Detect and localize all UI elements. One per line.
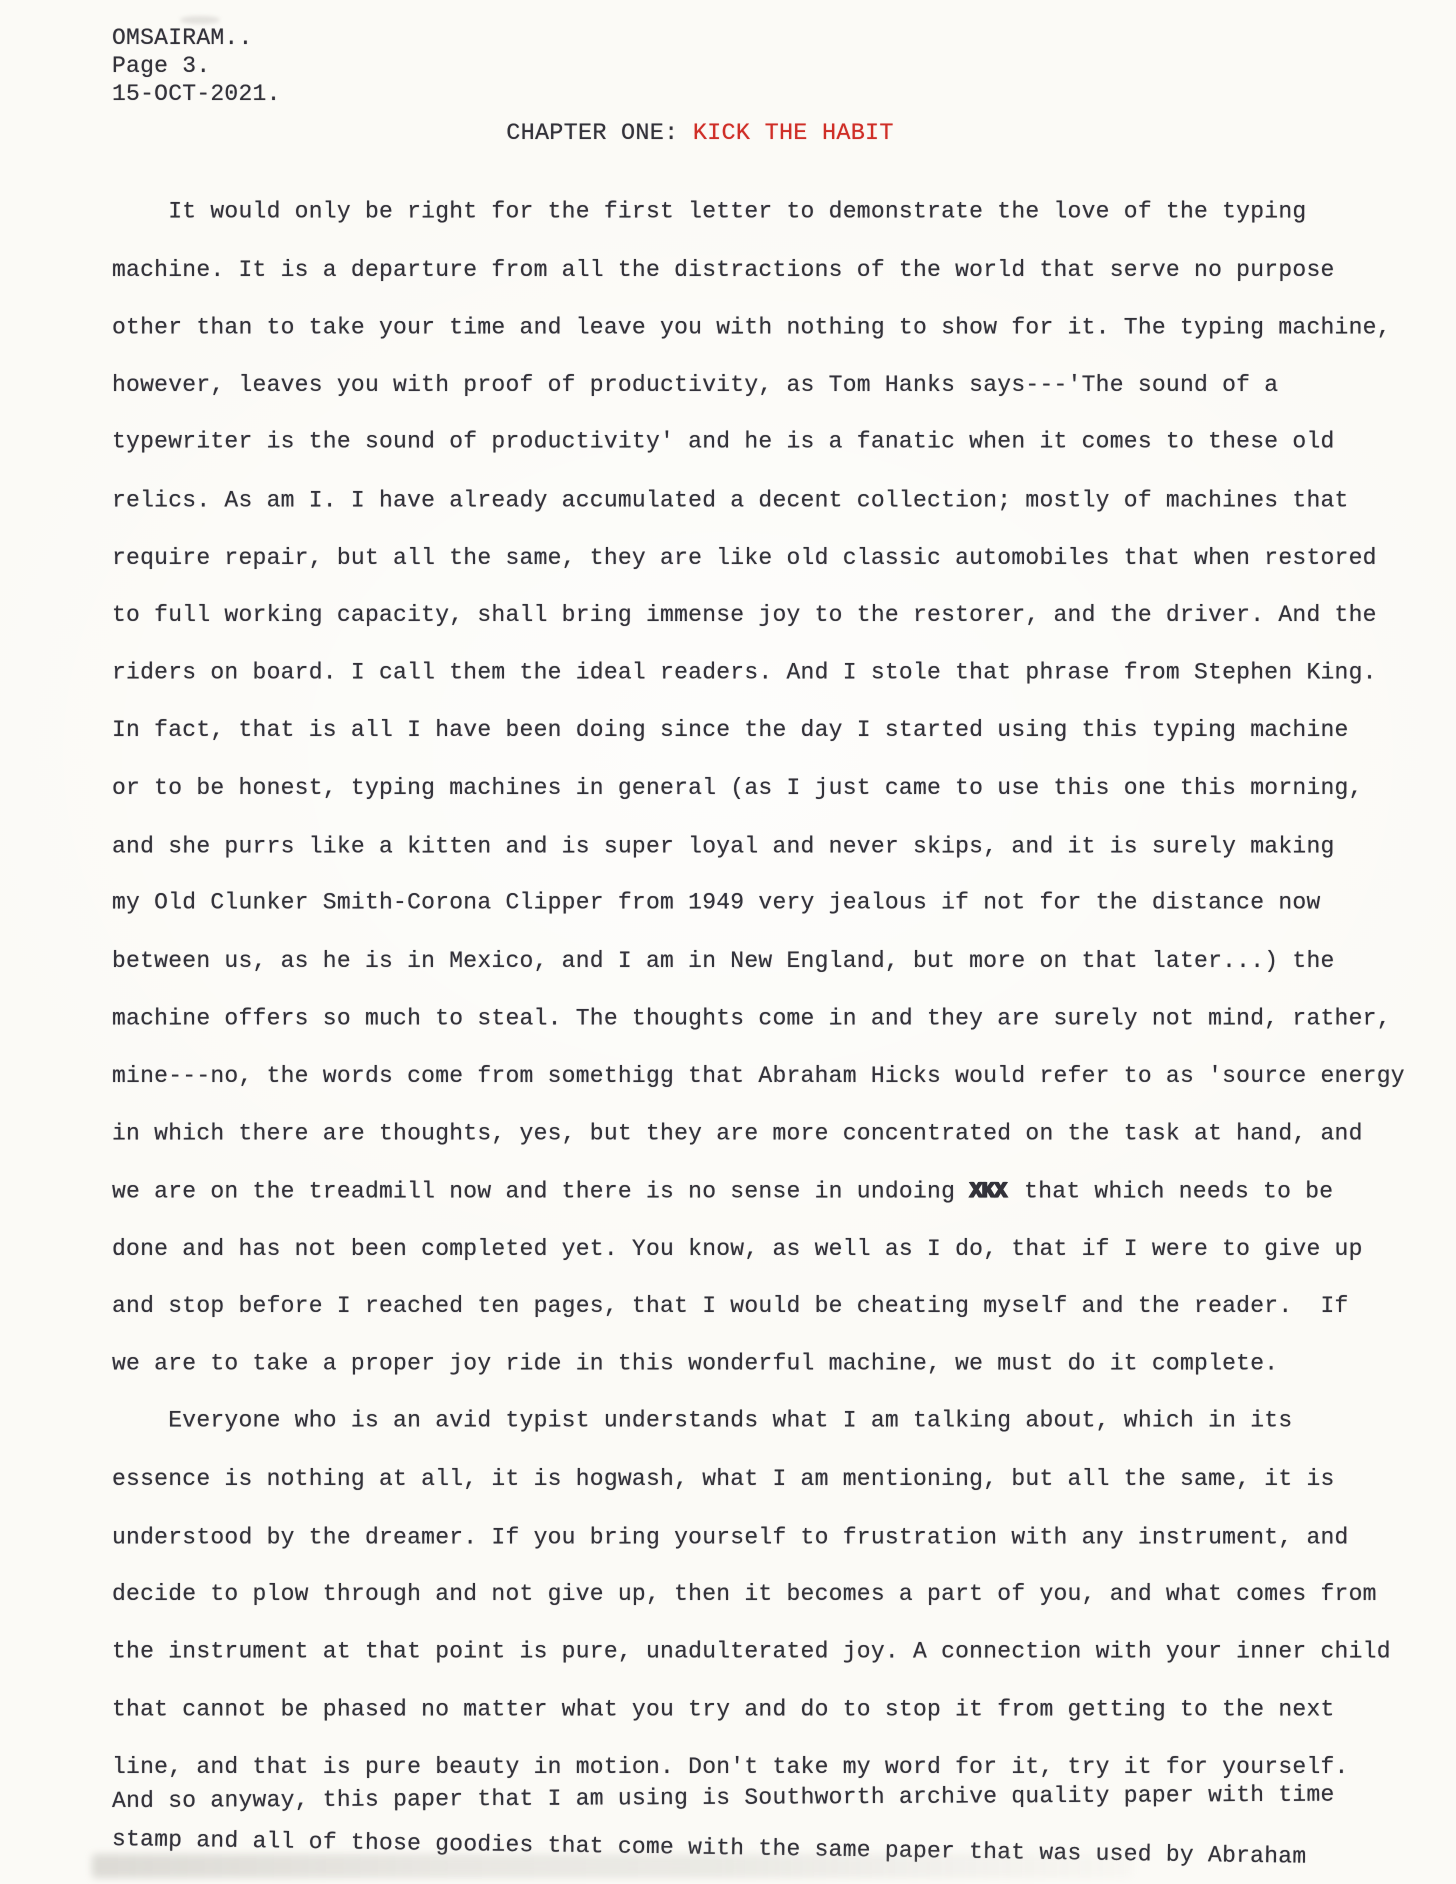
body-text: It would only be right for the first let…: [112, 184, 1405, 1797]
closing-paragraph: And so anyway, this paper that I am usin…: [112, 1782, 1335, 1860]
text-line: essence is nothing at all, it is hogwash…: [112, 1451, 1405, 1509]
overstruck-text: XKX: [969, 1179, 1010, 1205]
text-line: or to be honest, typing machines in gene…: [112, 760, 1405, 818]
text-line: and she purrs like a kitten and is super…: [112, 818, 1405, 876]
text-line: require repair, but all the same, they a…: [112, 530, 1405, 588]
header-page-number: Page 3.: [112, 52, 281, 80]
text-line: however, leaves you with proof of produc…: [112, 357, 1405, 415]
chapter-heading-prefix: CHAPTER ONE:: [506, 120, 693, 147]
text-line: decide to plow through and not give up, …: [112, 1566, 1405, 1624]
text-line: done and has not been completed yet. You…: [112, 1221, 1405, 1279]
text-line: the instrument at that point is pure, un…: [112, 1623, 1405, 1681]
text-line: we are to take a proper joy ride in this…: [112, 1335, 1405, 1393]
text-line: my Old Clunker Smith-Corona Clipper from…: [112, 875, 1405, 933]
text-line: we are on the treadmill now and there is…: [112, 1164, 1405, 1222]
text-line: to full working capacity, shall bring im…: [112, 587, 1405, 645]
header-title: OMSAIRAM..: [112, 24, 281, 52]
scanned-typewriter-page: { "document": { "header": { "title_line"…: [0, 0, 1456, 1884]
text-line: typewriter is the sound of productivity'…: [112, 414, 1405, 472]
text-line: relics. As am I. I have already accumula…: [112, 472, 1405, 530]
text-line: It would only be right for the first let…: [112, 184, 1405, 242]
text-line: other than to take your time and leave y…: [112, 300, 1405, 358]
text-line: in which there are thoughts, yes, but th…: [112, 1105, 1405, 1163]
scanner-smudge-band: [92, 1854, 1132, 1878]
text-line: And so anyway, this paper that I am usin…: [112, 1776, 1335, 1821]
text-line: machine. It is a departure from all the …: [112, 242, 1405, 300]
page-header: OMSAIRAM.. Page 3. 15-OCT-2021.: [112, 24, 281, 108]
text-line: machine offers so much to steal. The tho…: [112, 991, 1405, 1049]
text-line: and stop before I reached ten pages, tha…: [112, 1278, 1405, 1336]
text-line: mine---no, the words come from somethigg…: [112, 1048, 1405, 1106]
text-line: In fact, that is all I have been doing s…: [112, 702, 1405, 760]
text-line: between us, as he is in Mexico, and I am…: [112, 933, 1405, 991]
scan-speck: [180, 16, 220, 24]
text-line: that cannot be phased no matter what you…: [112, 1682, 1405, 1740]
paragraph-2: Everyone who is an avid typist understan…: [112, 1393, 1405, 1796]
chapter-heading: CHAPTER ONE: KICK THE HABIT: [95, 120, 1305, 147]
text-line: Everyone who is an avid typist understan…: [112, 1393, 1405, 1451]
paragraph-1: It would only be right for the first let…: [112, 184, 1405, 1393]
chapter-heading-title: KICK THE HABIT: [693, 120, 894, 147]
text-line: riders on board. I call them the ideal r…: [112, 644, 1405, 702]
text-line: understood by the dreamer. If you bring …: [112, 1509, 1405, 1567]
header-date: 15-OCT-2021.: [112, 80, 281, 108]
